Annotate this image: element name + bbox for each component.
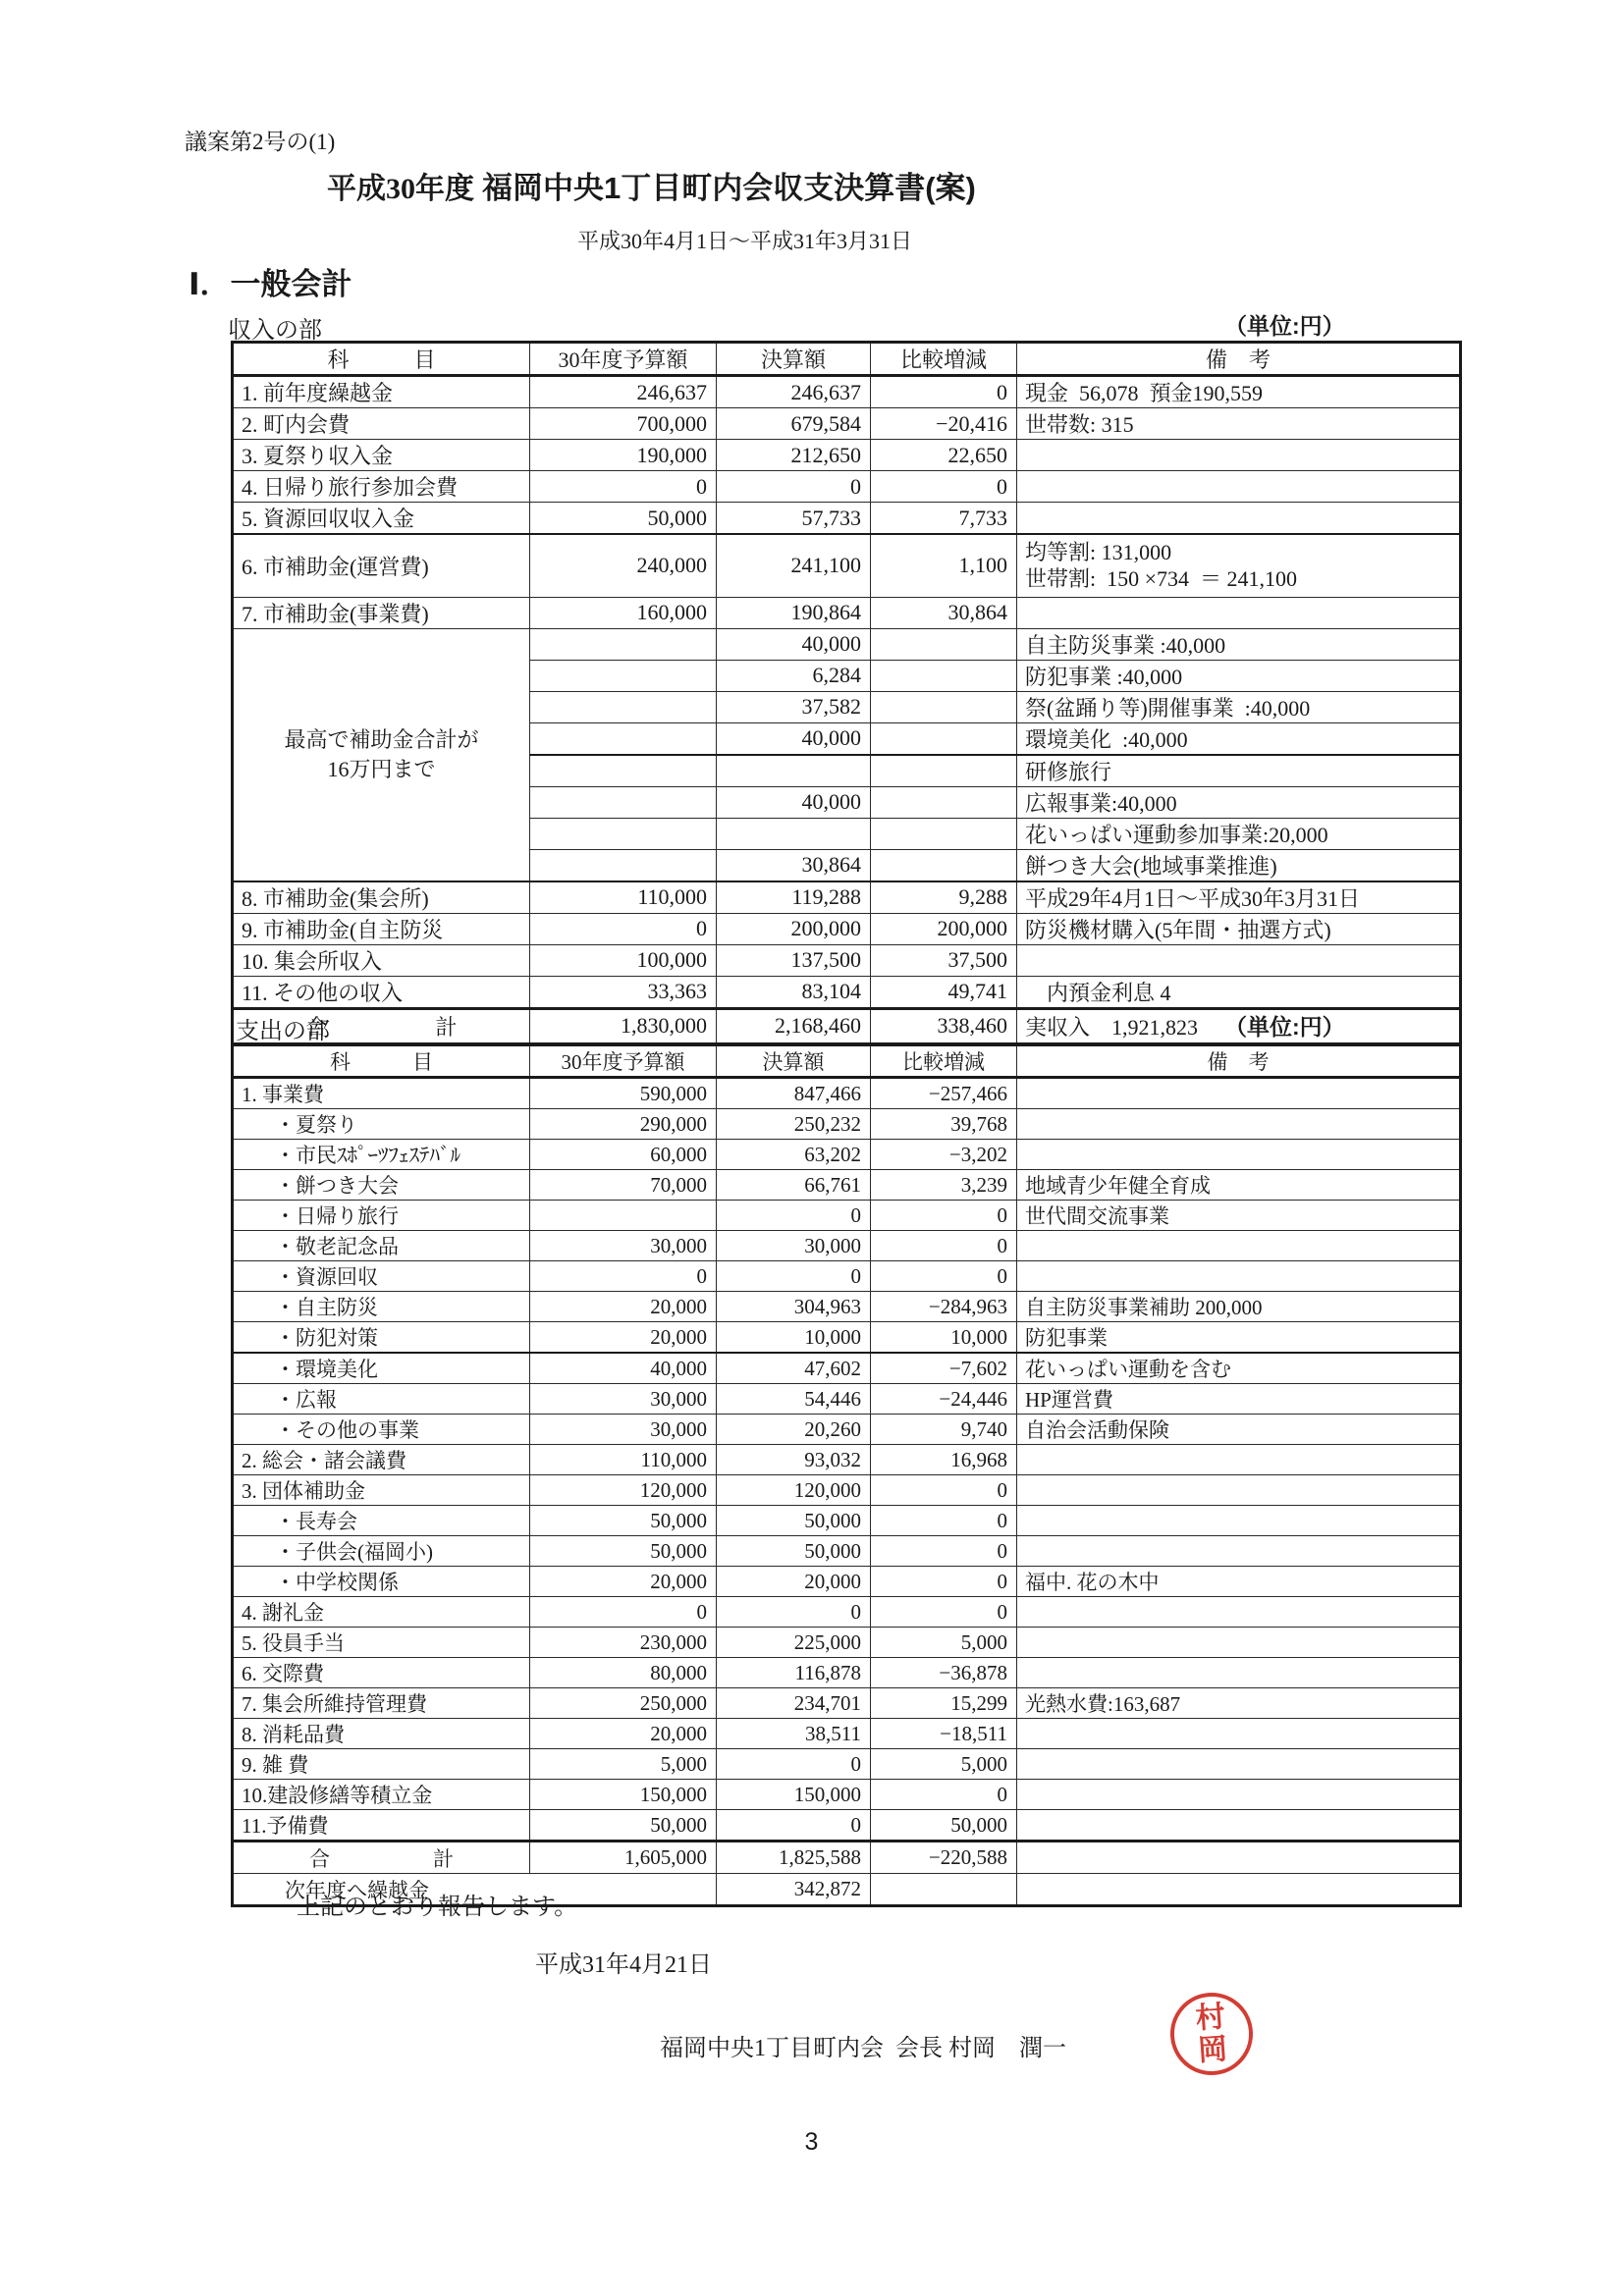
cell-budget: 70,000	[530, 1170, 717, 1201]
cell-diff: −36,878	[871, 1658, 1017, 1688]
income-row: 8. 市補助金(集会所)110,000119,2889,288平成29年4月1日…	[233, 881, 1461, 914]
cell-actual: 0	[717, 1597, 871, 1628]
cell-budget: 700,000	[530, 408, 717, 440]
cell-item: 6. 交際費	[233, 1658, 530, 1688]
cell-note	[1017, 1475, 1461, 1506]
cell-diff: 200,000	[871, 913, 1017, 944]
expense-row: ・日帰り旅行00世代間交流事業	[233, 1201, 1461, 1231]
cell-item: 4. 謝礼金	[233, 1597, 530, 1628]
cell-diff: 0	[871, 1506, 1017, 1536]
cell-item: 1. 事業費	[233, 1078, 530, 1109]
cell-diff: 0	[871, 1261, 1017, 1292]
cell-actual: 0	[717, 1201, 871, 1231]
cell-actual: 50,000	[717, 1506, 871, 1536]
cell-item: 1. 前年度繰越金	[233, 376, 530, 408]
cell-diff: −3,202	[871, 1140, 1017, 1170]
cell-budget: 33,363	[530, 976, 717, 1008]
cell-note: 自治会活動保険	[1017, 1415, 1461, 1445]
cell-budget	[530, 849, 717, 881]
cell-actual: 2,168,460	[717, 1008, 871, 1043]
cell-note: 均等割: 131,000世帯割: 150 ×734 ＝ 241,100	[1017, 534, 1461, 597]
cell-note	[1017, 1109, 1461, 1140]
cell-note	[1017, 1658, 1461, 1688]
cell-budget: 80,000	[530, 1658, 717, 1688]
cell-note: 花いっぱい運動を含む	[1017, 1353, 1461, 1384]
cell-item: ・敬老記念品	[233, 1231, 530, 1261]
cell-diff: 0	[871, 376, 1017, 408]
cell-item: ・夏祭り	[233, 1109, 530, 1140]
cell-note: 防犯事業	[1017, 1322, 1461, 1354]
cell-note	[1017, 1078, 1461, 1109]
cell-actual: 241,100	[717, 534, 871, 597]
cell-budget: 0	[530, 1261, 717, 1292]
income-row: 7. 市補助金(事業費)160,000190,86430,864	[233, 597, 1461, 628]
cell-note: HP運営費	[1017, 1384, 1461, 1415]
expense-row: ・中学校関係20,00020,0000福中. 花の木中	[233, 1567, 1461, 1597]
cell-budget	[530, 818, 717, 849]
expense-row: 8. 消耗品費20,00038,511−18,511	[233, 1719, 1461, 1749]
cell-diff: −20,416	[871, 408, 1017, 440]
cell-diff: 10,000	[871, 1322, 1017, 1354]
cell-note: 防災機材購入(5年間・抽選方式)	[1017, 913, 1461, 944]
cell-diff	[871, 722, 1017, 755]
cell-budget	[530, 660, 717, 691]
cell-item: 8. 消耗品費	[233, 1719, 530, 1749]
cell-item: ・広報	[233, 1384, 530, 1415]
income-header-row: 科 目30年度予算額決算額比較増減備 考	[233, 343, 1461, 376]
cell-item: ・餅つき大会	[233, 1170, 530, 1201]
cell-item: 4. 日帰り旅行参加会費	[233, 471, 530, 503]
title-main-text: 福岡中央1丁目町内会収支決算書(案)	[482, 171, 976, 205]
cell-item: ・中学校関係	[233, 1567, 530, 1597]
cell-budget: 240,000	[530, 534, 717, 597]
cell-diff: −257,466	[871, 1078, 1017, 1109]
stamp-kanji-bottom: 岡	[1197, 2033, 1228, 2067]
cell-note	[1017, 1810, 1461, 1842]
cell-note: 研修旅行	[1017, 755, 1461, 787]
cell-diff: 39,768	[871, 1109, 1017, 1140]
cell-diff: 0	[871, 1231, 1017, 1261]
cell-actual: 47,602	[717, 1353, 871, 1384]
cell-actual	[717, 755, 871, 787]
cell-note: 光熱水費:163,687	[1017, 1688, 1461, 1719]
income-row: 6. 市補助金(運営費)240,000241,1001,100均等割: 131,…	[233, 534, 1461, 597]
cell-note	[1017, 1231, 1461, 1261]
cell-actual: 0	[717, 1261, 871, 1292]
cell-diff	[871, 1874, 1017, 1906]
cell-actual: 212,650	[717, 440, 871, 471]
cell-note: 福中. 花の木中	[1017, 1567, 1461, 1597]
cell-actual: 137,500	[717, 944, 871, 976]
cell-actual: 54,446	[717, 1384, 871, 1415]
income-subsidy-group-label: 最高で補助金合計が16万円まで	[233, 628, 530, 881]
cell-note	[1017, 944, 1461, 976]
cell-budget: 20,000	[530, 1292, 717, 1322]
expense-row: 合 計1,605,0001,825,588−220,588	[233, 1842, 1461, 1874]
cell-actual: 225,000	[717, 1628, 871, 1658]
expense-row: ・餅つき大会70,00066,7613,239地域青少年健全育成	[233, 1170, 1461, 1201]
cell-diff: 50,000	[871, 1810, 1017, 1842]
period-subtitle: 平成30年4月1日～平成31年3月31日	[577, 225, 912, 255]
cell-actual: 57,733	[717, 503, 871, 535]
expense-header-1: 30年度予算額	[530, 1045, 717, 1078]
cell-item: 5. 役員手当	[233, 1628, 530, 1658]
cell-note: 広報事業:40,000	[1017, 786, 1461, 818]
cell-actual: 190,864	[717, 597, 871, 628]
cell-actual: 63,202	[717, 1140, 871, 1170]
cell-budget: 20,000	[530, 1567, 717, 1597]
cell-actual: 20,000	[717, 1567, 871, 1597]
cell-actual: 20,260	[717, 1415, 871, 1445]
cell-diff: −284,963	[871, 1292, 1017, 1322]
cell-note	[1017, 440, 1461, 471]
cell-diff: 0	[871, 1567, 1017, 1597]
cell-budget: 30,000	[530, 1231, 717, 1261]
cell-diff	[871, 691, 1017, 722]
cell-actual: 50,000	[717, 1536, 871, 1567]
cell-budget: 5,000	[530, 1749, 717, 1780]
cell-item: 5. 資源回収収入金	[233, 503, 530, 535]
expense-row: 9. 雑 費5,00005,000	[233, 1749, 1461, 1780]
cell-budget	[530, 722, 717, 755]
cell-budget	[530, 1201, 717, 1231]
cell-budget: 250,000	[530, 1688, 717, 1719]
cell-actual: 10,000	[717, 1322, 871, 1354]
cell-note	[1017, 1445, 1461, 1475]
cell-note: 現金 56,078 預金190,559	[1017, 376, 1461, 408]
cell-diff: 5,000	[871, 1628, 1017, 1658]
cell-budget: 50,000	[530, 1810, 717, 1842]
expense-row: ・広報30,00054,446−24,446HP運営費	[233, 1384, 1461, 1415]
expense-header-3: 比較増減	[871, 1045, 1017, 1078]
cell-actual: 40,000	[717, 722, 871, 755]
cell-actual: 83,104	[717, 976, 871, 1008]
cell-diff: 338,460	[871, 1008, 1017, 1043]
cell-note: 環境美化 :40,000	[1017, 722, 1461, 755]
cell-actual: 120,000	[717, 1475, 871, 1506]
cell-item: 合 計	[233, 1842, 530, 1874]
income-header-0: 科 目	[233, 343, 530, 376]
report-line: 上記のとおり報告します。	[297, 1887, 577, 1921]
cell-item: 2. 町内会費	[233, 408, 530, 440]
cell-actual: 37,582	[717, 691, 871, 722]
cell-actual: 847,466	[717, 1078, 871, 1109]
cell-actual: 30,000	[717, 1231, 871, 1261]
cell-note: 世帯数: 315	[1017, 408, 1461, 440]
expense-header-0: 科 目	[233, 1045, 530, 1078]
expense-table: 科 目30年度予算額決算額比較増減備 考1. 事業費590,000847,466…	[231, 1043, 1462, 1907]
cell-note: 花いっぱい運動参加事業:20,000	[1017, 818, 1461, 849]
expense-row: ・環境美化40,00047,602−7,602花いっぱい運動を含む	[233, 1353, 1461, 1384]
cell-note	[1017, 503, 1461, 535]
cell-diff: −24,446	[871, 1384, 1017, 1415]
cell-note: 平成29年4月1日～平成30年3月31日	[1017, 881, 1461, 914]
cell-actual: 116,878	[717, 1658, 871, 1688]
cell-actual: 0	[717, 471, 871, 503]
cell-note	[1017, 1140, 1461, 1170]
cell-item: ・子供会(福岡小)	[233, 1536, 530, 1567]
cell-item: 10. 集会所収入	[233, 944, 530, 976]
cell-budget: 50,000	[530, 1536, 717, 1567]
cell-item: ・自主防災	[233, 1292, 530, 1322]
cell-note	[1017, 1628, 1461, 1658]
document-page: 議案第2号の(1) 平成30年度福岡中央1丁目町内会収支決算書(案) 平成30年…	[0, 0, 1623, 2296]
cell-diff: 7,733	[871, 503, 1017, 535]
cell-actual: 342,872	[717, 1874, 871, 1906]
cell-note: 自主防災事業補助 200,000	[1017, 1292, 1461, 1322]
cell-item: 9. 市補助金(自主防災	[233, 913, 530, 944]
expense-caption: 支出の部	[236, 1011, 330, 1045]
cell-budget	[530, 628, 717, 660]
cell-diff: 9,740	[871, 1415, 1017, 1445]
cell-note	[1017, 1536, 1461, 1567]
expense-row: 10.建設修繕等積立金150,000150,0000	[233, 1780, 1461, 1810]
cell-diff: 3,239	[871, 1170, 1017, 1201]
cell-budget: 120,000	[530, 1475, 717, 1506]
cell-diff	[871, 818, 1017, 849]
cell-note: 自主防災事業 :40,000	[1017, 628, 1461, 660]
cell-note	[1017, 1874, 1461, 1906]
expense-row: 4. 謝礼金000	[233, 1597, 1461, 1628]
cell-diff: 0	[871, 1201, 1017, 1231]
cell-diff	[871, 628, 1017, 660]
cell-budget: 1,605,000	[530, 1842, 717, 1874]
expense-row: 5. 役員手当230,000225,0005,000	[233, 1628, 1461, 1658]
expense-row: 2. 総会・諸会議費110,00093,03216,968	[233, 1445, 1461, 1475]
cell-budget: 20,000	[530, 1322, 717, 1354]
cell-diff: −7,602	[871, 1353, 1017, 1384]
cell-actual: 150,000	[717, 1780, 871, 1810]
expense-row: ・自主防災20,000304,963−284,963自主防災事業補助 200,0…	[233, 1292, 1461, 1322]
cell-actual: 93,032	[717, 1445, 871, 1475]
report-date: 平成31年4月21日	[535, 1945, 712, 1979]
cell-diff	[871, 786, 1017, 818]
cell-diff: 5,000	[871, 1749, 1017, 1780]
income-caption: 収入の部	[228, 310, 322, 345]
cell-budget: 50,000	[530, 503, 717, 535]
stamp-kanji-top: 村	[1195, 2001, 1226, 2035]
cell-budget: 190,000	[530, 440, 717, 471]
expense-row: ・資源回収000	[233, 1261, 1461, 1292]
cell-note	[1017, 1506, 1461, 1536]
income-header-2: 決算額	[717, 343, 871, 376]
cell-note	[1017, 1597, 1461, 1628]
cell-budget: 110,000	[530, 881, 717, 914]
cell-item: ・長寿会	[233, 1506, 530, 1536]
cell-budget: 290,000	[530, 1109, 717, 1140]
income-header-4: 備 考	[1017, 343, 1461, 376]
cell-item: ・市民ｽﾎﾟｰﾂﾌｪｽﾃﾊﾞﾙ	[233, 1140, 530, 1170]
cell-note: 防犯事業 :40,000	[1017, 660, 1461, 691]
cell-item: 8. 市補助金(集会所)	[233, 881, 530, 914]
expense-row: 3. 団体補助金120,000120,0000	[233, 1475, 1461, 1506]
cell-diff: 15,299	[871, 1688, 1017, 1719]
cell-item: 7. 集会所維持管理費	[233, 1688, 530, 1719]
cell-item: 6. 市補助金(運営費)	[233, 534, 530, 597]
cell-item: 3. 夏祭り収入金	[233, 440, 530, 471]
cell-note	[1017, 1749, 1461, 1780]
cell-note	[1017, 1780, 1461, 1810]
cell-budget: 230,000	[530, 1628, 717, 1658]
cell-budget: 110,000	[530, 1445, 717, 1475]
cell-diff: 0	[871, 1536, 1017, 1567]
cell-item: ・資源回収	[233, 1261, 530, 1292]
expense-row: ・防犯対策20,00010,00010,000防犯事業	[233, 1322, 1461, 1354]
cell-diff: 22,650	[871, 440, 1017, 471]
cell-item: 2. 総会・諸会議費	[233, 1445, 530, 1475]
cell-item: 10.建設修繕等積立金	[233, 1780, 530, 1810]
cell-diff: 30,864	[871, 597, 1017, 628]
income-row: 1. 前年度繰越金246,637246,6370現金 56,078 預金190,…	[233, 376, 1461, 408]
expense-row: ・長寿会50,00050,0000	[233, 1506, 1461, 1536]
expense-row: 7. 集会所維持管理費250,000234,70115,299光熱水費:163,…	[233, 1688, 1461, 1719]
cell-budget: 150,000	[530, 1780, 717, 1810]
cell-actual: 119,288	[717, 881, 871, 914]
cell-budget: 0	[530, 1597, 717, 1628]
expense-header-2: 決算額	[717, 1045, 871, 1078]
cell-budget: 30,000	[530, 1415, 717, 1445]
cell-item: 9. 雑 費	[233, 1749, 530, 1780]
page-number: 3	[0, 2128, 1623, 2157]
cell-budget: 100,000	[530, 944, 717, 976]
income-row: 2. 町内会費700,000679,584−20,416世帯数: 315	[233, 408, 1461, 440]
cell-diff: 49,741	[871, 976, 1017, 1008]
income-row: 5. 資源回収収入金50,00057,7337,733	[233, 503, 1461, 535]
section-heading: Ⅰ．一般会計	[189, 259, 352, 303]
cell-note: 世代間交流事業	[1017, 1201, 1461, 1231]
cell-diff: 0	[871, 471, 1017, 503]
cell-budget: 60,000	[530, 1140, 717, 1170]
cell-note	[1017, 471, 1461, 503]
expense-header-row: 科 目30年度予算額決算額比較増減備 考	[233, 1045, 1461, 1078]
cell-item: ・環境美化	[233, 1353, 530, 1384]
cell-actual: 304,963	[717, 1292, 871, 1322]
cell-budget: 0	[530, 471, 717, 503]
cell-note: 祭(盆踊り等)開催事業 :40,000	[1017, 691, 1461, 722]
cell-note: 地域青少年健全育成	[1017, 1170, 1461, 1201]
expense-header-4: 備 考	[1017, 1045, 1461, 1078]
cell-actual: 40,000	[717, 628, 871, 660]
cell-diff: −18,511	[871, 1719, 1017, 1749]
cell-note: 内預金利息 4	[1017, 976, 1461, 1008]
expense-row: 1. 事業費590,000847,466−257,466	[233, 1078, 1461, 1109]
income-row: 10. 集会所収入100,000137,50037,500	[233, 944, 1461, 976]
cell-actual: 1,825,588	[717, 1842, 871, 1874]
cell-budget: 50,000	[530, 1506, 717, 1536]
cell-item: 3. 団体補助金	[233, 1475, 530, 1506]
income-row: 4. 日帰り旅行参加会費000	[233, 471, 1461, 503]
cell-actual: 200,000	[717, 913, 871, 944]
cell-diff: 0	[871, 1780, 1017, 1810]
expense-row: 6. 交際費80,000116,878−36,878	[233, 1658, 1461, 1688]
cell-diff: −220,588	[871, 1842, 1017, 1874]
income-subsidy-row: 最高で補助金合計が16万円まで40,000自主防災事業 :40,000	[233, 628, 1461, 660]
cell-budget: 246,637	[530, 376, 717, 408]
income-unit-label: （単位:円）	[1224, 308, 1345, 341]
income-header-3: 比較増減	[871, 343, 1017, 376]
cell-actual: 0	[717, 1810, 871, 1842]
cell-actual: 66,761	[717, 1170, 871, 1201]
cell-actual: 679,584	[717, 408, 871, 440]
cell-budget: 160,000	[530, 597, 717, 628]
cell-actual: 6,284	[717, 660, 871, 691]
cell-actual: 40,000	[717, 786, 871, 818]
income-header-1: 30年度予算額	[530, 343, 717, 376]
expense-row: 11.予備費50,000050,000	[233, 1810, 1461, 1842]
cell-item: ・その他の事業	[233, 1415, 530, 1445]
income-row: 11. その他の収入33,36383,10449,741 内預金利息 4	[233, 976, 1461, 1008]
title-fiscal-year: 平成30年度	[327, 173, 474, 205]
cell-actual: 0	[717, 1749, 871, 1780]
cell-actual: 234,701	[717, 1688, 871, 1719]
page-title: 平成30年度福岡中央1丁目町内会収支決算書(案)	[327, 163, 976, 207]
cell-budget: 20,000	[530, 1719, 717, 1749]
cell-diff: 0	[871, 1597, 1017, 1628]
income-table: 科 目30年度予算額決算額比較増減備 考1. 前年度繰越金246,637246,…	[231, 341, 1462, 1045]
cell-diff	[871, 660, 1017, 691]
expense-row: ・その他の事業30,00020,2609,740自治会活動保険	[233, 1415, 1461, 1445]
cell-budget	[530, 755, 717, 787]
cell-item: ・日帰り旅行	[233, 1201, 530, 1231]
cell-note	[1017, 1261, 1461, 1292]
expense-row: ・市民ｽﾎﾟｰﾂﾌｪｽﾃﾊﾞﾙ60,00063,202−3,202	[233, 1140, 1461, 1170]
cell-note	[1017, 1842, 1461, 1874]
expense-unit-label: （単位:円）	[1224, 1009, 1345, 1041]
cell-diff: 1,100	[871, 534, 1017, 597]
cell-diff	[871, 755, 1017, 787]
cell-actual: 38,511	[717, 1719, 871, 1749]
cell-budget: 40,000	[530, 1353, 717, 1384]
cell-actual: 246,637	[717, 376, 871, 408]
cell-actual: 30,864	[717, 849, 871, 881]
cell-note	[1017, 1719, 1461, 1749]
expense-row: ・夏祭り290,000250,23239,768	[233, 1109, 1461, 1140]
cell-diff: 37,500	[871, 944, 1017, 976]
cell-item: 7. 市補助金(事業費)	[233, 597, 530, 628]
cell-actual: 250,232	[717, 1109, 871, 1140]
income-row: 3. 夏祭り収入金190,000212,65022,650	[233, 440, 1461, 471]
cell-actual	[717, 818, 871, 849]
signature-line: 福岡中央1丁目町内会 会長 村岡 潤一	[660, 2028, 1066, 2062]
cell-item: ・防犯対策	[233, 1322, 530, 1354]
cell-budget: 1,830,000	[530, 1008, 717, 1043]
cell-diff	[871, 849, 1017, 881]
president-stamp: 村 岡	[1167, 1990, 1256, 2078]
cell-budget: 590,000	[530, 1078, 717, 1109]
cell-budget	[530, 786, 717, 818]
expense-row: ・敬老記念品30,00030,0000	[233, 1231, 1461, 1261]
cell-diff: 9,288	[871, 881, 1017, 914]
expense-row: ・子供会(福岡小)50,00050,0000	[233, 1536, 1461, 1567]
cell-note: 餅つき大会(地域事業推進)	[1017, 849, 1461, 881]
income-row: 9. 市補助金(自主防災0200,000200,000防災機材購入(5年間・抽選…	[233, 913, 1461, 944]
cell-item: 11.予備費	[233, 1810, 530, 1842]
cell-diff: 0	[871, 1475, 1017, 1506]
cell-diff: 16,968	[871, 1445, 1017, 1475]
cell-note	[1017, 597, 1461, 628]
cell-item: 11. その他の収入	[233, 976, 530, 1008]
cell-budget	[530, 691, 717, 722]
cell-budget: 0	[530, 913, 717, 944]
doc-number-label: 議案第2号の(1)	[185, 124, 335, 156]
cell-budget: 30,000	[530, 1384, 717, 1415]
